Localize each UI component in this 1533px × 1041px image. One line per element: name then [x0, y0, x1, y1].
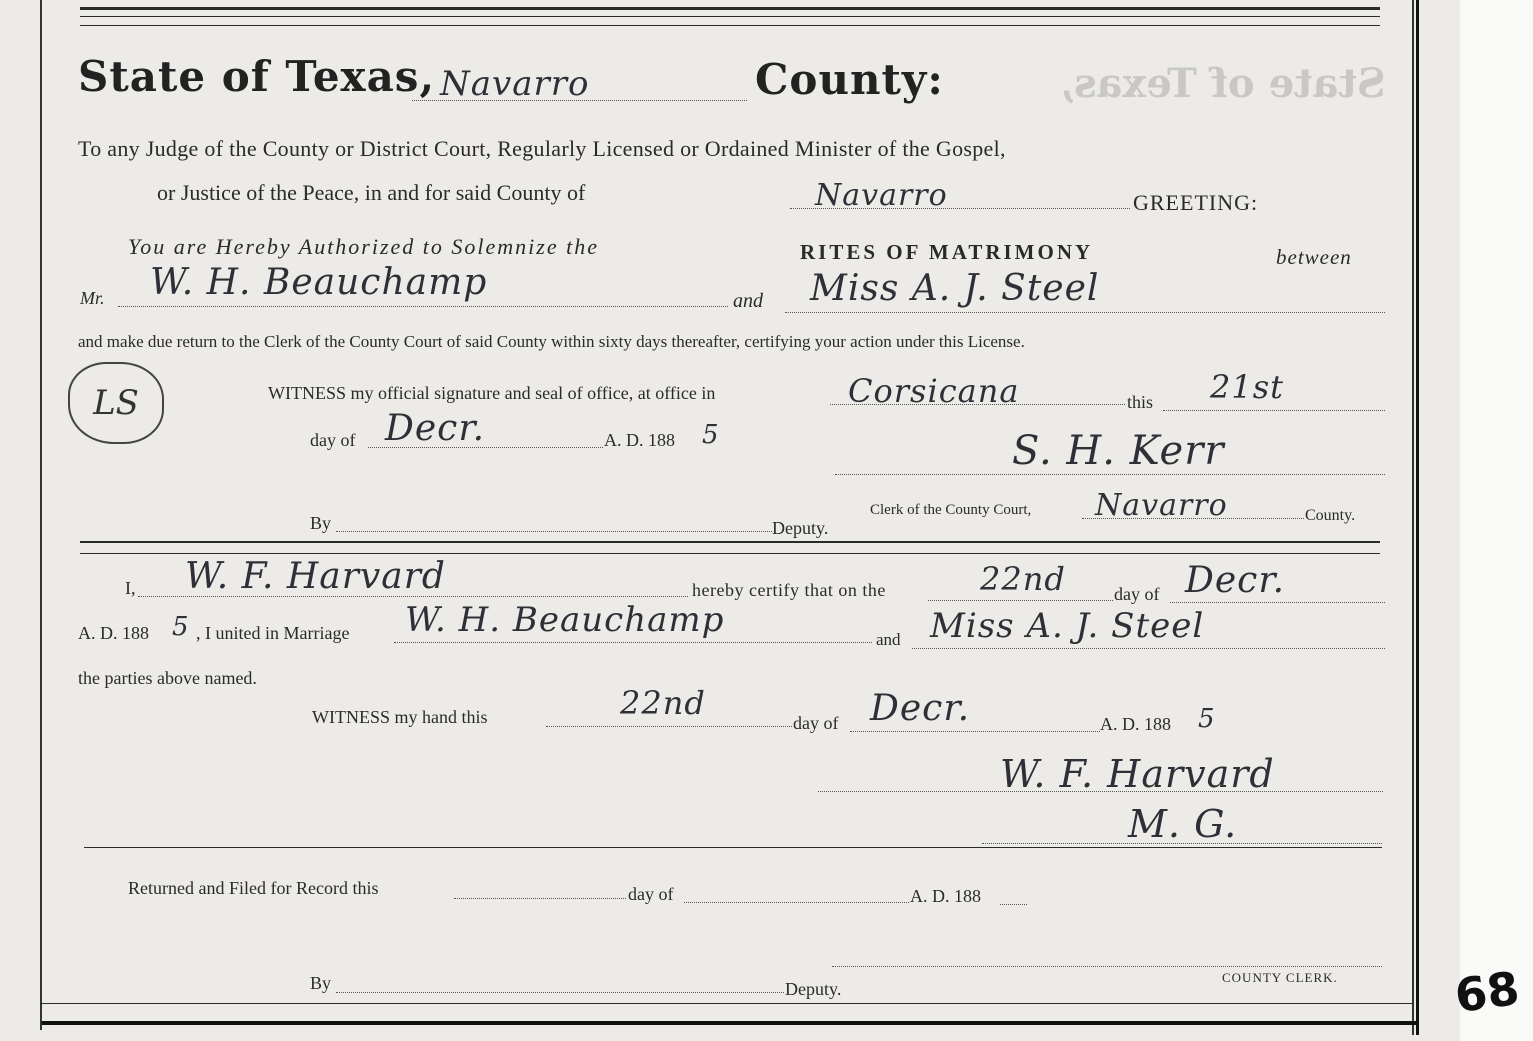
cert-text: hereby certify that on the: [692, 580, 886, 601]
returned-day-of-label: day of: [628, 884, 673, 905]
top-rule-2: [80, 25, 1380, 26]
return-deputy-blank: [336, 992, 784, 993]
section-divider-thin: [80, 553, 1380, 554]
groom-handwritten: W. H. Beauchamp: [150, 262, 487, 303]
bride-blank: [785, 312, 1385, 313]
title-state-of-texas: State of Texas,: [78, 52, 435, 101]
witness-day-handwritten: 22nd: [620, 684, 706, 722]
officiant-title: M. G.: [1128, 802, 1237, 846]
cert-groom-handwritten: W. H. Beauchamp: [405, 600, 724, 640]
bottom-rule-thick: [42, 1021, 1416, 1025]
clerk-signature: S. H. Kerr: [1012, 428, 1224, 474]
left-border: [40, 0, 42, 1030]
page-number: 68: [1452, 961, 1523, 1023]
witness-month-blank: [850, 731, 1100, 732]
cert-bride-handwritten: Miss A. J. Steel: [930, 606, 1204, 646]
witness-year-digit: 5: [1198, 704, 1216, 734]
clerk-signature-blank: [835, 474, 1385, 475]
this-label: this: [1127, 392, 1153, 413]
witness-ad-label: A. D. 188: [1100, 714, 1171, 735]
top-rule-thin: [80, 16, 1380, 17]
county-clerk-label: COUNTY CLERK.: [1222, 970, 1338, 986]
top-rule-thick: [80, 7, 1380, 10]
right-border-outer: [1416, 0, 1419, 1035]
return-deputy-label: Deputy.: [785, 979, 841, 1000]
bleed-through-title: State of Texas,: [1060, 60, 1386, 107]
returned-ad-label: A. D. 188: [910, 886, 981, 907]
parties-text: the parties above named.: [78, 668, 257, 689]
witness-hand-text: WITNESS my hand this: [312, 707, 488, 728]
cert-groom-blank: [394, 642, 872, 643]
by-label: By: [310, 513, 331, 534]
county-label: County.: [1305, 507, 1355, 525]
issue-year-digit: 5: [702, 420, 720, 450]
deputy-blank: [336, 531, 772, 532]
cert-i-label: I,: [125, 578, 136, 599]
address-line-1: To any Judge of the County or District C…: [78, 136, 1006, 162]
rites-of-matrimony: RITES OF MATRIMONY: [800, 240, 1093, 265]
title-county: County:: [755, 55, 944, 104]
greeting: GREETING:: [1133, 190, 1258, 216]
groom-blank: [118, 306, 728, 307]
cert-bride-blank: [912, 648, 1385, 649]
county-clerk-signature-blank: [832, 966, 1382, 967]
between-label: between: [1276, 245, 1352, 270]
cert-ad-label: A. D. 188: [78, 623, 149, 644]
issue-day-blank: [1163, 410, 1385, 411]
address-line-2: or Justice of the Peace, in and for said…: [157, 180, 585, 206]
clerk-county-handwritten: Navarro: [1095, 488, 1228, 523]
bride-handwritten: Miss A. J. Steel: [810, 268, 1099, 309]
address-county-handwritten: Navarro: [815, 178, 948, 213]
right-border: [1412, 0, 1414, 1035]
returned-text: Returned and Filed for Record this: [128, 878, 378, 899]
office-city-handwritten: Corsicana: [848, 372, 1019, 410]
marriage-day-blank: [928, 600, 1113, 601]
witness-day-of-label: day of: [793, 713, 838, 734]
witness-day-blank: [546, 726, 792, 727]
bottom-section-divider: [84, 847, 1382, 848]
and-label: and: [733, 290, 763, 313]
section-divider-thick: [80, 541, 1380, 543]
deputy-label: Deputy.: [772, 518, 828, 539]
authorize-text: You are Hereby Authorized to Solemnize t…: [128, 234, 599, 260]
marriage-month-blank: [1170, 602, 1385, 603]
returned-year-blank: [1000, 904, 1027, 905]
page-margin: [1460, 0, 1533, 1041]
united-text: , I united in Marriage: [196, 623, 349, 644]
cert-and-label: and: [876, 630, 901, 650]
officiant-signature: W. F. Harvard: [1000, 752, 1275, 796]
county-handwritten: Navarro: [440, 64, 589, 104]
returned-month-blank: [684, 902, 909, 903]
clerk-label: Clerk of the County Court,: [870, 502, 1031, 519]
issue-month-handwritten: Decr.: [385, 408, 485, 449]
return-by-label: By: [310, 973, 331, 994]
issue-ad-label: A. D. 188: [604, 430, 675, 451]
bottom-rule-thin: [42, 1003, 1414, 1004]
marriage-day-handwritten: 22nd: [980, 560, 1066, 598]
marriage-month-handwritten: Decr.: [1185, 560, 1285, 601]
witness-official: WITNESS my official signature and seal o…: [268, 383, 715, 404]
officiant-handwritten: W. F. Harvard: [185, 556, 446, 597]
cert-day-of-label: day of: [1114, 584, 1159, 605]
witness-month-handwritten: Decr.: [870, 688, 970, 729]
license-sheet: State of Texas, State of Texas, Navarro …: [0, 0, 1460, 1041]
issue-day-handwritten: 21st: [1210, 368, 1284, 406]
seal-icon: LS: [68, 362, 164, 444]
returned-day-blank: [454, 898, 626, 899]
return-instruction: and make due return to the Clerk of the …: [78, 332, 1025, 352]
day-of-label: day of: [310, 430, 355, 451]
mr-label: Mr.: [80, 288, 105, 309]
cert-year-digit: 5: [172, 612, 190, 642]
